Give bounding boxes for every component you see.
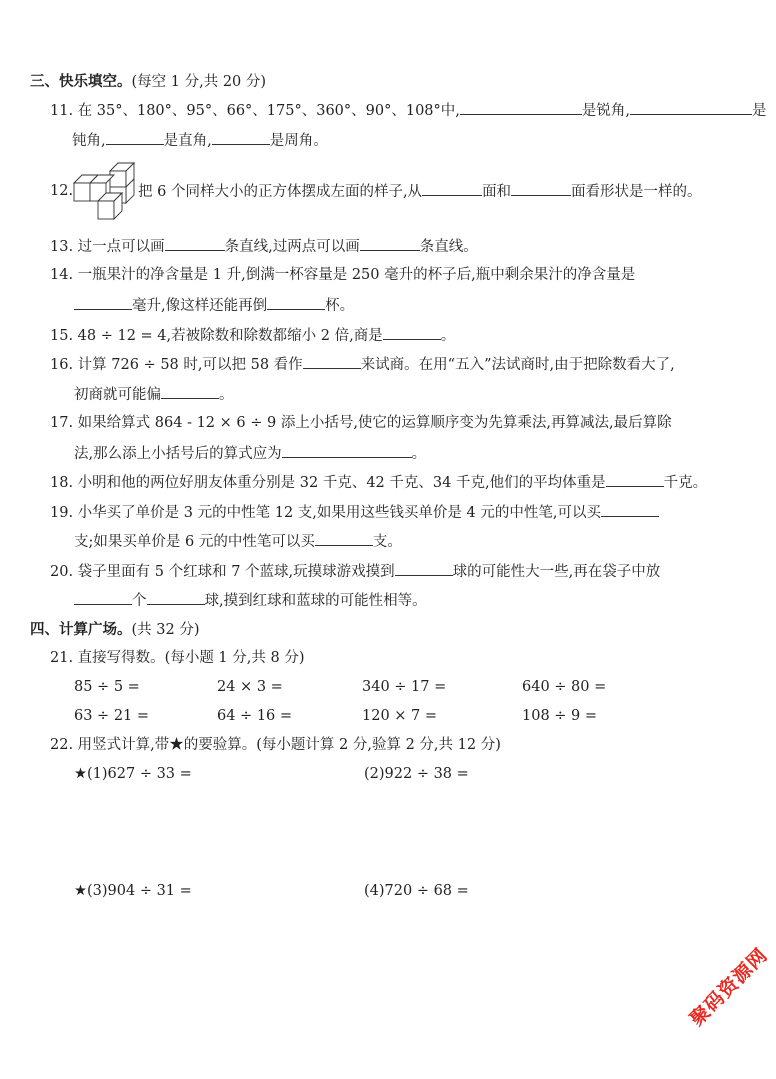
q16-text: 16. 计算 726 ÷ 58 时,可以把 58 看作 (50, 357, 303, 373)
q18-text: 18. 小明和他的两位好朋友体重分别是 32 千克、42 千克、34 千克,他们… (50, 475, 606, 491)
q21-item: 64 ÷ 16 = (217, 706, 292, 726)
q11-blank-full[interactable] (212, 130, 270, 145)
q19-text: 支。 (373, 534, 402, 550)
q13-blank-2[interactable] (360, 236, 420, 251)
q16-text: 初商就可能偏 (74, 387, 161, 403)
q20-text: 个 (132, 593, 147, 609)
q17-text: 法,那么添上小括号后的算式应为 (74, 446, 282, 462)
q20-blank-3[interactable] (147, 590, 205, 605)
section-3-heading: 三、快乐填空。(每空 1 分,共 20 分) (30, 72, 266, 92)
q13-blank-1[interactable] (165, 236, 225, 251)
q21-item: 63 ÷ 21 = (74, 706, 149, 726)
q20-blank-2[interactable] (74, 590, 132, 605)
section-3-note: (每空 1 分,共 20 分) (132, 74, 267, 90)
q11-blank-right[interactable] (106, 130, 164, 145)
q16-text: 。 (219, 387, 234, 403)
q16-text: 来试商。在用“五入”法试商时,由于把除数看大了, (361, 357, 675, 373)
q16-blank-2[interactable] (161, 384, 219, 399)
question-21-title: 21. 直接写得数。(每小题 1 分,共 8 分) (50, 648, 304, 668)
section-4-heading: 四、计算广场。(共 32 分) (30, 620, 199, 640)
section-3-title: 三、快乐填空。 (30, 74, 132, 90)
q21-item: 640 ÷ 80 = (522, 677, 606, 697)
q12-text: 把 6 个同样大小的正方体摆成左面的样子,从 (138, 184, 422, 200)
q14-text: 毫升,像这样还能再倒 (132, 298, 267, 314)
q21-item: 24 × 3 = (217, 677, 283, 697)
question-14-line-1: 14. 一瓶果汁的净含量是 1 升,倒满一杯容量是 250 毫升的杯子后,瓶中剩… (50, 265, 635, 285)
question-15: 15. 48 ÷ 12 = 4,若被除数和除数都缩小 2 倍,商是。 (50, 325, 455, 346)
question-11-line-2: 钝角,是直角,是周角。 (72, 130, 328, 151)
q21-item: 85 ÷ 5 = (74, 677, 140, 697)
q13-text: 13. 过一点可以画 (50, 239, 165, 255)
q14-blank-1[interactable] (74, 295, 132, 310)
q15-text: 15. 48 ÷ 12 = 4,若被除数和除数都缩小 2 倍,商是 (50, 328, 383, 344)
q12-text: 面看形状是一样的。 (571, 184, 702, 200)
q20-text: 20. 袋子里面有 5 个红球和 7 个蓝球,玩摸球游戏摸到 (50, 564, 395, 580)
q11-blank-acute[interactable] (460, 100, 582, 115)
q11-text: 是 (752, 103, 767, 119)
q19-blank-1[interactable] (601, 502, 659, 517)
question-20-line-2: 个球,摸到红球和蓝球的可能性相等。 (74, 590, 427, 611)
q20-blank-1[interactable] (395, 561, 453, 576)
question-18: 18. 小明和他的两位好朋友体重分别是 32 千克、42 千克、34 千克,他们… (50, 472, 707, 493)
question-14-line-2: 毫升,像这样还能再倒杯。 (74, 295, 354, 316)
q18-text: 千克。 (664, 475, 708, 491)
q22-item: ★(1)627 ÷ 33 = (74, 764, 192, 784)
section-4-note: (共 32 分) (132, 622, 200, 638)
q22-item: ★(3)904 ÷ 31 = (74, 881, 192, 901)
q22-item: (2)922 ÷ 38 = (364, 764, 469, 784)
question-16-line-2: 初商就可能偏。 (74, 384, 234, 405)
q16-blank-1[interactable] (303, 354, 361, 369)
cube-arrangement-figure (72, 157, 136, 223)
q13-text: 条直线。 (420, 239, 478, 255)
question-20-line-1: 20. 袋子里面有 5 个红球和 7 个蓝球,玩摸球游戏摸到球的可能性大一些,再… (50, 561, 660, 582)
question-12-text: 把 6 个同样大小的正方体摆成左面的样子,从面和面看形状是一样的。 (138, 181, 702, 202)
q20-text: 球,摸到红球和蓝球的可能性相等。 (205, 593, 427, 609)
q22-item: (4)720 ÷ 68 = (364, 881, 469, 901)
q21-item: 120 × 7 = (362, 706, 437, 726)
question-22-title: 22. 用竖式计算,带★的要验算。(每小题计算 2 分,验算 2 分,共 12 … (50, 735, 501, 755)
q12-blank-1[interactable] (422, 181, 482, 196)
q12-text: 面和 (482, 184, 511, 200)
q18-blank[interactable] (606, 472, 664, 487)
q11-text: 是直角, (164, 133, 212, 149)
section-4-title: 四、计算广场。 (30, 622, 132, 638)
q11-text: 钝角, (72, 133, 106, 149)
q17-blank[interactable] (282, 443, 412, 458)
q12-blank-2[interactable] (511, 181, 571, 196)
q19-blank-2[interactable] (315, 531, 373, 546)
q21-item: 340 ÷ 17 = (362, 677, 446, 697)
question-19-line-1: 19. 小华买了单价是 3 元的中性笔 12 支,如果用这些钱买单价是 4 元的… (50, 502, 659, 523)
question-12-number: 12. (50, 181, 73, 201)
q14-text: 杯。 (325, 298, 354, 314)
q21-item: 108 ÷ 9 = (522, 706, 597, 726)
question-11-line-1: 11. 在 35°、180°、95°、66°、175°、360°、90°、108… (50, 100, 767, 121)
q11-text: 是周角。 (270, 133, 328, 149)
q15-blank[interactable] (383, 325, 441, 340)
question-13: 13. 过一点可以画条直线,过两点可以画条直线。 (50, 236, 478, 257)
q13-text: 条直线,过两点可以画 (225, 239, 360, 255)
question-17-line-1: 17. 如果给算式 864 - 12 × 6 ÷ 9 添上小括号,使它的运算顺序… (50, 413, 672, 433)
question-19-line-2: 支;如果买单价是 6 元的中性笔可以买支。 (74, 531, 402, 552)
q14-blank-2[interactable] (267, 295, 325, 310)
q19-text: 19. 小华买了单价是 3 元的中性笔 12 支,如果用这些钱买单价是 4 元的… (50, 505, 601, 521)
q17-text: 。 (412, 446, 427, 462)
q11-text: 是锐角, (582, 103, 630, 119)
watermark-text: 聚码资源网 (683, 941, 773, 1031)
question-17-line-2: 法,那么添上小括号后的算式应为。 (74, 443, 426, 464)
question-16-line-1: 16. 计算 726 ÷ 58 时,可以把 58 看作来试商。在用“五入”法试商… (50, 354, 675, 375)
q20-text: 球的可能性大一些,再在袋子中放 (453, 564, 661, 580)
q11-blank-obtuse[interactable] (630, 100, 752, 115)
q11-text: 11. 在 35°、180°、95°、66°、175°、360°、90°、108… (50, 103, 460, 119)
q15-text: 。 (441, 328, 456, 344)
q19-text: 支;如果买单价是 6 元的中性笔可以买 (74, 534, 315, 550)
